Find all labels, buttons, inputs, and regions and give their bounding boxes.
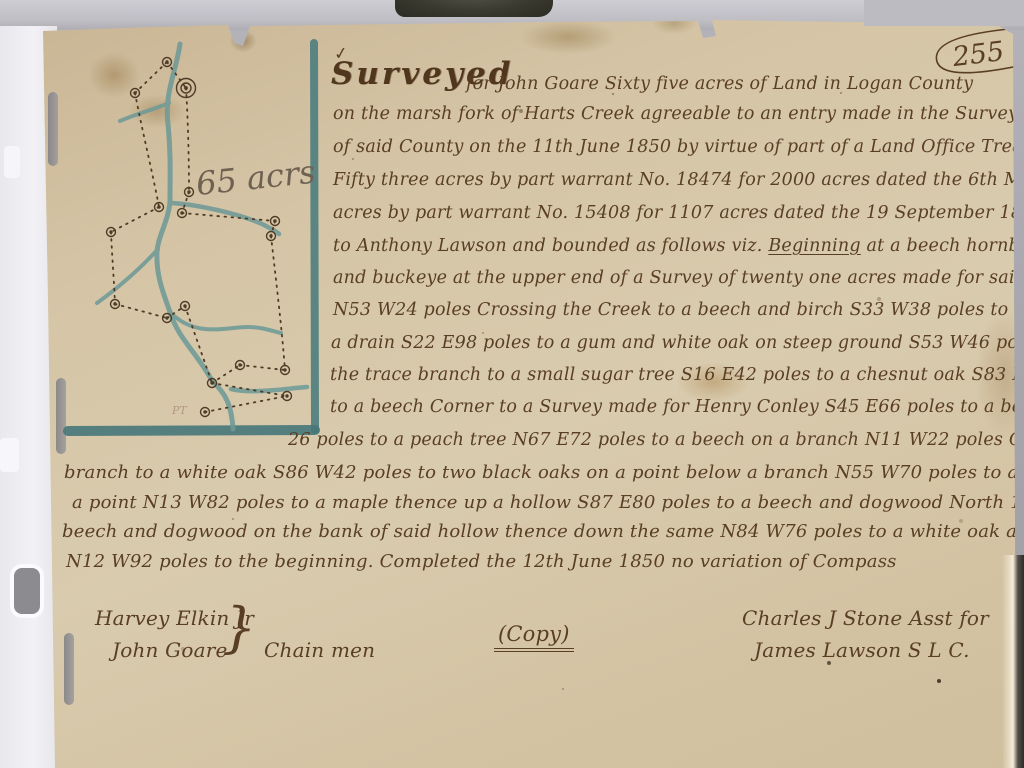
creek-branch-west-upper	[120, 103, 169, 121]
surveyor-signature-line-1: Charles J Stone Asst for	[742, 606, 989, 630]
text-line-2: on the marsh fork of Harts Creek agreeab…	[333, 104, 1024, 124]
text-line-12: 26 poles to a peach tree N67 E72 poles t…	[288, 430, 1024, 450]
text-line-3: of said County on the 11th June 1850 by …	[333, 137, 1024, 157]
text-line-9: a drain S22 E98 poles to a gum and white…	[331, 333, 1024, 353]
page-number: 255	[950, 36, 1006, 73]
text-line-7: and buckeye at the upper end of a Survey…	[333, 268, 1024, 288]
beginning-word: Beginning	[768, 236, 860, 256]
text-line-15: beech and dogwood on the bank of said ho…	[62, 521, 1024, 542]
dark-clip-object	[395, 0, 553, 17]
page-right-edge	[1002, 555, 1024, 768]
backing-sheet-tab	[4, 146, 20, 178]
text-line-5: acres by part warrant No. 15408 for 1107…	[333, 203, 1024, 223]
text-line-8: N53 W24 poles Crossing the Creek to a be…	[333, 300, 1024, 320]
text-line-6-pre: to Anthony Lawson and bounded as follows…	[333, 236, 768, 256]
text-line-6: to Anthony Lawson and bounded as follows…	[333, 236, 1024, 256]
margin-rule-horizontal	[68, 430, 315, 431]
punched-hole	[14, 568, 40, 614]
map-point-label: PT	[171, 404, 188, 417]
acreage-label: 65 acrs	[194, 153, 317, 203]
text-line-16: N12 W92 poles to the beginning. Complete…	[66, 551, 897, 572]
text-line-13: branch to a white oak S86 W42 poles to t…	[64, 462, 1024, 483]
creek-branch-east-middle	[171, 313, 281, 333]
chainmen-role: Chain men	[264, 638, 375, 662]
text-line-11: to a beech Corner to a Survey made for H…	[330, 397, 1024, 417]
page-number-block: 255	[934, 29, 1017, 78]
text-line-1: for John Goare Sixty five acres of Land …	[466, 74, 973, 94]
creek-branch-east-lower	[231, 387, 307, 391]
creek-branch-east-upper	[170, 203, 279, 234]
margin-rule-vertical	[314, 43, 315, 430]
ledger-page: 65 acrs PT 255 ✓ Surveyed for John Goare…	[0, 0, 1024, 768]
chainman-name-2: John Goare	[112, 638, 228, 662]
surveyor-signature-line-2: James Lawson S L C.	[754, 638, 970, 662]
text-line-6-post: at a beech hornbea	[861, 236, 1024, 256]
copy-label: (Copy)	[494, 622, 574, 652]
text-line-14: a point N13 W82 poles to a maple thence …	[72, 492, 1024, 513]
backing-sheet-tab	[0, 438, 19, 472]
photo-background-top-right	[864, 0, 1024, 26]
creek-branch-west-lower	[97, 249, 158, 303]
chainmen-brace: }	[222, 596, 257, 659]
text-line-4: Fifty three acres by part warrant No. 18…	[333, 170, 1024, 190]
text-line-10: the trace branch to a small sugar tree S…	[330, 365, 1024, 385]
